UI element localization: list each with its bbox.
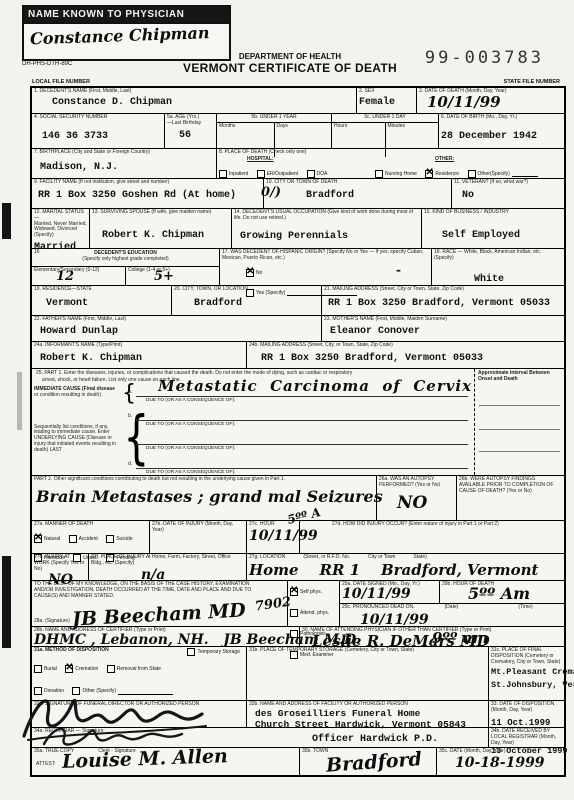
field-value-handwritten: 10/11/99 (249, 528, 297, 544)
field-label: 26b. WERE AUTOPSY FINDINGS AVAILABLE PRI… (459, 477, 562, 494)
field-value: Vermont (46, 298, 169, 309)
field-facility-name-address: 32b. NAME AND ADDRESS OF FACILITY OR AUT… (247, 701, 489, 727)
cause-lines: a. Metastatic Carcinoma of Cervix DUE TO… (136, 383, 468, 479)
checkbox-box (246, 269, 254, 277)
immediate-cause-label-2: or condition resulting in death) (34, 393, 122, 399)
field-label: 31a. METHOD OF DISPOSITION (34, 648, 109, 656)
checkbox-self-phys: Self phys. (290, 588, 322, 596)
checkbox-box (307, 170, 315, 178)
interval-line-c (479, 451, 560, 452)
field-label: 27a. MANNER OF DEATH (34, 522, 147, 528)
form-title-block: DEPARTMENT OF HEALTH VERMONT CERTIFICATE… (150, 52, 430, 75)
checkbox-box (425, 170, 433, 178)
field-label: 27e. INJURY AT WORK (Specify Yes or No) (34, 555, 86, 572)
due-to-label-d: DUE TO (OR AS A CONSEQUENCE OF): (146, 470, 468, 475)
field-date-of-injury: 27b. DATE OF INJURY (Month, Day, Year) (150, 521, 247, 553)
field-label: 6. DATE OF BIRTH (Mo., Day, Yr.) (441, 115, 562, 121)
signature-label: 28a. (Signature) (34, 619, 70, 625)
checkbox-box (34, 535, 42, 543)
field-label: 27d. HOW DID INJURY OCCUR? (Enter nature… (332, 522, 562, 528)
registrar-typed-name: Officer Hardwick P.D. (312, 734, 438, 745)
checkbox-label: No (256, 270, 262, 276)
field-value-handwritten: 10/11/99 (427, 93, 562, 111)
field-value: Self Employed (442, 230, 562, 241)
row-1: 1. DECEDENT'S NAME (First, Middle, Last)… (32, 88, 564, 114)
checkbox-box (72, 687, 80, 695)
field-value-handwritten: 5ºº Am (468, 584, 562, 603)
field-value-handwritten: DHMC , Lebanon, NH. JB Beecham M.D. (34, 632, 297, 648)
field-value-handwritten: 10/11/99 (342, 586, 437, 602)
checkbox-attend-phys: Attend. phys. (290, 609, 329, 617)
checkbox-label: Nursing Home (385, 171, 417, 177)
pronounced-date-value: 10/11/99 (360, 612, 429, 628)
field-label: 13. SURVIVING SPOUSE (If wife, give maid… (92, 210, 229, 216)
field-hour-of-injury: 27c. HOUR 10/11/99 5ºº A (247, 521, 300, 553)
field-value: White (474, 274, 562, 285)
field-under-1-day: 5c. UNDER 1 DAY Hours Minutes (332, 114, 439, 148)
city-sublabel: City or Town (368, 555, 395, 561)
line-label-a: a. (128, 390, 132, 396)
field-label: 9. FACILITY NAME (If not institution, gi… (34, 180, 261, 186)
field-value: Howard Dunlap (40, 326, 319, 337)
field-how-injury-occurred: 27d. HOW DID INJURY OCCUR? (Enter nature… (300, 521, 564, 553)
field-temporary-storage-place: 31b. PLACE OF TEMPORARY STORAGE (Cemeter… (247, 647, 489, 700)
line-label-b: b. (128, 414, 132, 420)
row-2: 4. SOCIAL SECURITY NUMBER 146 36 3733 5a… (32, 114, 564, 149)
field-attending-physician: 30. NAME OF ATTENDING PHYSICIAN IF OTHER… (300, 627, 564, 647)
checkbox-box (257, 170, 265, 178)
interval-line-b (479, 429, 560, 430)
checkbox-removal-from-state: Removal from State (107, 665, 161, 673)
field-value: RR 1 Box 3250 Bradford, Vermont 05033 (328, 298, 562, 309)
field-value-line2: St.Johnsbury, Vermont (491, 680, 562, 690)
field-label: 15. KIND OF BUSINESS / INDUSTRY (424, 210, 562, 216)
field-label: 18. RACE — White, Black, American Indian… (434, 250, 562, 262)
checkbox-label: Cremation (75, 666, 98, 672)
date-sublabel: (Date) (445, 605, 459, 611)
field-decedent-name: 1. DECEDENT'S NAME (First, Middle, Last)… (32, 88, 357, 113)
field-autopsy-findings: 26b. WERE AUTOPSY FINDINGS AVAILABLE PRI… (457, 476, 564, 520)
checkbox-box (219, 170, 227, 178)
field-date-signed: 29a. DATE SIGNED (Mo., Day, Yr.) 10/11/9… (340, 581, 440, 604)
interval-column: Approximate Interval Between Onset and D… (474, 369, 564, 475)
checkbox-temporary-storage: Temporary Storage (187, 648, 240, 656)
field-funeral-director-signature: 32a. SIGNATURE OF FUNERAL DIRECTOR OR AU… (32, 701, 247, 727)
field-pronounced-dead: 29c. PRONOUNCED DEAD ON. (Date) (Time) 1… (340, 604, 564, 627)
stamp-handwritten-name: Constance Chipman (24, 20, 230, 50)
interval-line-a (479, 405, 560, 406)
field-label: 8. PLACE OF DEATH (Check only one) (219, 150, 562, 156)
field-father-name: 22. FATHER'S NAME (First, Middle, Last) … (32, 316, 322, 341)
blank-line (118, 688, 173, 695)
attest-label: ATTEST: (36, 762, 56, 768)
field-value: RR 1 Box 3250 Bradford, Vermont 05033 (261, 353, 562, 364)
field-age: 5a. AGE (Yrs.) —Last Birthday 56 (165, 114, 217, 148)
checkbox-hispanic-no: No (246, 269, 262, 277)
field-sublabel: —Last Birthday (167, 121, 214, 127)
field-value: 11 Oct.1999 (491, 718, 562, 728)
field-label: 21. MAILING ADDRESS (Street, City or Tow… (324, 287, 562, 293)
handwritten-dash: - (396, 263, 401, 277)
field-value: Female (359, 97, 414, 108)
checkbox-label: ER/Outpatient (267, 171, 298, 177)
field-final-disposition-place: 31c. PLACE OF FINAL DISPOSITION (Cemeter… (489, 647, 564, 700)
field-ssn: 4. SOCIAL SECURITY NUMBER 146 36 3733 (32, 114, 165, 148)
row-6: 16 DECEDENT'S EDUCATION (Specify only hi… (32, 249, 564, 286)
field-facility-name: 9. FACILITY NAME (If not institution, gi… (32, 179, 264, 208)
field-town: 35b. TOWN Bradford (300, 748, 437, 775)
checkbox-box (468, 170, 476, 178)
checkbox-label: Natural (44, 536, 60, 542)
field-label: 5b. UNDER 1 YEAR (217, 114, 331, 123)
field-value: Bradford (194, 298, 319, 309)
field-date-of-disposition: 33. DATE OF DISPOSITION (Month, Day, Yea… (489, 701, 564, 727)
state-file-number-label: STATE FILE NUMBER (504, 79, 560, 85)
row-5: 12. MARITAL STATUS — Married, Never Marr… (32, 209, 564, 249)
field-residence-state: 19. RESIDENCE—STATE Vermont (32, 286, 172, 315)
checkbox-box (375, 170, 383, 178)
field-label: PART 2. Other significant conditions con… (34, 477, 374, 483)
margin-tab-lower (2, 556, 11, 648)
field-label: 2. SEX (359, 89, 414, 95)
time-sublabel: (Time) (518, 605, 532, 611)
field-label: 34b. DATE RECEIVED BY LOCAL REGISTRAR (M… (491, 729, 562, 746)
field-birthplace: 7. BIRTHPLACE (City and State or Foreign… (32, 149, 217, 178)
form-code: DH-PHS-DTH-89C (22, 61, 72, 67)
row-true-copy: 35a. TRUE COPY Clerk - Signature ATTEST:… (32, 748, 564, 775)
field-veteran: 11. VETERAN? (If so, what war?) No (452, 179, 564, 208)
checkbox-label: Burial (44, 666, 57, 672)
field-mailing-address: 21. MAILING ADDRESS (Street, City or Tow… (322, 286, 564, 315)
certification-statement: TO THE BEST OF MY KNOWLEDGE, ON THE BASI… (34, 582, 264, 599)
cause-line-d: d. (136, 455, 468, 469)
field-label: 33. DATE OF DISPOSITION (Month, Day, Yea… (491, 702, 562, 714)
field-value-handwritten: Home RR 1 Bradford, Vermont (249, 561, 562, 579)
field-informant-name: 24a. INFORMANT'S NAME (Type/Print) Rober… (32, 342, 247, 368)
field-label: 23. MOTHER'S NAME (First, Middle, Maiden… (324, 317, 562, 323)
checkbox-box (34, 665, 42, 673)
field-under-1-year: 5b. UNDER 1 YEAR Months Days (217, 114, 332, 148)
field-kind-of-business: 15. KIND OF BUSINESS / INDUSTRY Self Emp… (422, 209, 564, 248)
field-race: 18. RACE — White, Black, American Indian… (432, 249, 564, 285)
field-autopsy-performed: 26a. WAS AN AUTOPSY PERFORMED? (Yes or N… (377, 476, 457, 520)
checkbox-box (106, 535, 114, 543)
checkbox-label: Residence (435, 171, 459, 177)
field-value: Constance D. Chipman (52, 97, 354, 108)
immediate-cause-value: Metastatic Carcinoma of Cervix (158, 377, 472, 395)
department-name: DEPARTMENT OF HEALTH (150, 52, 430, 61)
state-certificate-number: 99-003783 (425, 48, 544, 68)
line-label-c: c. (128, 438, 132, 444)
row-7: 19. RESIDENCE—STATE Vermont 20. CITY, TO… (32, 286, 564, 316)
row-manner-of-death: 27a. MANNER OF DEATH Natural Accident Su… (32, 521, 564, 554)
field-attest-date: 35c. DATE (Month, Day, Year) 10-18-1999 (437, 748, 564, 775)
field-label: 20. CITY, TOWN, OR LOCATION (174, 287, 319, 293)
checkbox-suicide: Suicide (106, 535, 132, 543)
checkbox-box (69, 535, 77, 543)
checkbox-other-disposition: Other (Specify) (72, 687, 173, 695)
checkbox-label: Other(Specify) (478, 171, 510, 177)
field-certifier-statement: TO THE BEST OF MY KNOWLEDGE, ON THE BASI… (32, 581, 288, 627)
row-9: 24a. INFORMANT'S NAME (Type/Print) Rober… (32, 342, 564, 369)
field-place-of-injury: 27f. PLACE OF INJURY At Home, Farm, Fact… (89, 554, 247, 580)
field-value: Robert K. Chipman (40, 353, 244, 364)
margin-microtext (17, 372, 22, 430)
field-label: 27g. LOCATION (249, 555, 285, 561)
field-number: 16 (34, 250, 40, 256)
field-registrar-signature: 34a. REGISTRAR — Signature Officer Hardw… (32, 728, 489, 747)
field-part2-conditions: PART 2. Other significant conditions con… (32, 476, 377, 520)
field-value-line1: Mt.Pleasant Crematory (491, 667, 562, 677)
field-marital-status: 12. MARITAL STATUS — Married, Never Marr… (32, 209, 90, 248)
field-injury-location: 27g. LOCATION (Street, or R.F.D. No. Cit… (247, 554, 564, 580)
checkbox-label: Other (Specify) (82, 688, 116, 694)
field-label: 31c. PLACE OF FINAL DISPOSITION (Cemeter… (491, 648, 562, 665)
field-label-3: Widowed, Divorced (Specify) (34, 227, 87, 239)
checkbox-cremation: Cremation (65, 665, 98, 673)
checkbox-other-specify: Other(Specify) (468, 170, 538, 178)
field-label: 32a. SIGNATURE OF FUNERAL DIRECTOR OR AU… (34, 702, 244, 708)
field-label: 24b. MAILING ADDRESS (Street, City, or T… (249, 343, 562, 349)
field-label: 24a. INFORMANT'S NAME (Type/Print) (34, 343, 244, 349)
line-label-d: d. (128, 462, 132, 468)
blank-line (512, 170, 538, 177)
field-value-handwritten: Brain Metastases ; grand mal Seizures (36, 487, 374, 506)
checkbox-label: Temporary Storage (197, 649, 240, 655)
field-residence-city: 20. CITY, TOWN, OR LOCATION Bradford (172, 286, 322, 315)
checkbox-box (65, 665, 73, 673)
checkbox-label: Removal from State (117, 666, 161, 672)
field-value-handwritten: NO (397, 493, 454, 513)
field-injury-at-work: 27e. INJURY AT WORK (Specify Yes or No) … (32, 554, 89, 580)
checkbox-box (107, 665, 115, 673)
checkbox-nursing-home: Nursing Home (375, 170, 417, 178)
hospital-sublabel: HOSPITAL: (247, 157, 369, 163)
part1-instructions: 25. PART 1. Enter the diseases, injuries… (36, 371, 466, 377)
cause-line-c: c. (136, 431, 468, 445)
field-usual-occupation: 14. DECEDENT'S USUAL OCCUPATION (Give ki… (232, 209, 422, 248)
checkbox-box (290, 609, 298, 617)
field-manner-of-death: 27a. MANNER OF DEATH Natural Accident Su… (32, 521, 150, 553)
checkbox-label: Suicide (116, 536, 132, 542)
field-true-copy: 35a. TRUE COPY Clerk - Signature ATTEST:… (32, 748, 300, 775)
field-hispanic-origin: 17. WAS DECEDENT OF HISPANIC ORIGIN? (Sp… (220, 249, 432, 285)
field-value: Eleanor Conover (330, 326, 562, 337)
checkbox-residence: Residence (425, 170, 459, 178)
field-mother-name: 23. MOTHER'S NAME (First, Middle, Maiden… (322, 316, 564, 341)
field-label: 22. FATHER'S NAME (First, Middle, Last) (34, 317, 319, 323)
field-value: Madison, N.J. (40, 162, 214, 173)
checkbox-label: DOA (317, 171, 328, 177)
field-value: No (462, 190, 562, 201)
field-value-handwritten: 10-18-1999 (455, 755, 562, 771)
due-to-label-b: DUE TO (OR AS A CONSEQUENCE OF): (146, 422, 468, 427)
clerk-signature: Louise M. Allen (62, 745, 228, 773)
certifier-signature: JB Beecham MD (72, 599, 247, 630)
elementary-value: 12 (56, 269, 74, 284)
street-sublabel: (Street, or R.F.D. No. (303, 555, 350, 561)
checkbox-natural: Natural (34, 535, 60, 543)
certificate-form: 1. DECEDENT'S NAME (First, Middle, Last)… (30, 86, 566, 777)
checkbox-accident: Accident (69, 535, 98, 543)
field-informant-address: 24b. MAILING ADDRESS (Street, City, or T… (247, 342, 564, 368)
field-label: 27f. PLACE OF INJURY At Home, Farm, Fact… (91, 555, 244, 567)
row-registrar: 34a. REGISTRAR — Signature Officer Hardw… (32, 728, 564, 748)
field-label: 11. VETERAN? (If so, what war?) (454, 180, 562, 186)
field-sex: 2. SEX Female (357, 88, 417, 113)
other-sublabel: OTHER: (435, 157, 562, 163)
field-label: 7. BIRTHPLACE (City and State or Foreign… (34, 150, 214, 156)
margin-tab-upper (2, 203, 11, 239)
field-value-line1: des Groseilliers Funeral Home (255, 708, 486, 719)
checkbox-label: Attend. phys. (300, 610, 329, 616)
field-label: 12. MARITAL STATUS — (34, 210, 87, 222)
field-label: 27b. DATE OF INJURY (Month, Day, Year) (152, 522, 244, 534)
cause-instructions-column: IMMEDIATE CAUSE (Final disease or condit… (34, 387, 122, 453)
checkbox-box (290, 588, 298, 596)
death-certificate-scan: NAME KNOWN TO PHYSICIAN Constance Chipma… (0, 0, 574, 800)
row-8: 22. FATHER'S NAME (First, Middle, Last) … (32, 316, 564, 342)
checkbox-doa: DOA (307, 170, 328, 178)
interval-label: Approximate Interval Between Onset and D… (478, 371, 561, 383)
field-value: 56 (179, 130, 214, 141)
field-label: 4. SOCIAL SECURITY NUMBER (34, 115, 162, 121)
local-file-number-label: LOCAL FILE NUMBER (32, 79, 90, 85)
row-part1: 25. PART 1. Enter the diseases, injuries… (32, 369, 564, 476)
field-value: Bradford (306, 190, 449, 201)
education-subtitle: (Specify only highest grade completed) (32, 257, 219, 263)
field-hour-of-death: 29b. HOUR OF DEATH 5ºº Am (440, 581, 564, 604)
checkbox-label: Inpatient (229, 171, 248, 177)
due-to-label-a: DUE TO (OR AS A CONSEQUENCE OF): (146, 398, 468, 403)
college-value: 5+ (154, 269, 174, 284)
checkbox-label: Self phys. (300, 589, 322, 595)
row-disposition: 31a. METHOD OF DISPOSITION Temporary Sto… (32, 647, 564, 701)
field-method-of-disposition: 31a. METHOD OF DISPOSITION Temporary Sto… (32, 647, 247, 700)
checkbox-burial: Burial (34, 665, 57, 673)
field-label: 14. DECEDENT'S USUAL OCCUPATION (Give ki… (234, 210, 419, 222)
due-to-label-c: DUE TO (OR AS A CONSEQUENCE OF): (146, 446, 468, 451)
row-funeral-director: 32a. SIGNATURE OF FUNERAL DIRECTOR OR AU… (32, 701, 564, 728)
elementary-label: Elementary/Secondary (0-12) (34, 268, 123, 274)
field-label: 17. WAS DECEDENT OF HISPANIC ORIGIN? (Sp… (222, 250, 429, 262)
field-label: 26a. WAS AN AUTOPSY PERFORMED? (Yes or N… (379, 477, 454, 489)
field-value: Growing Perennials (240, 231, 419, 242)
checkbox-inpatient: Inpatient (219, 170, 248, 178)
field-surviving-spouse: 13. SURVIVING SPOUSE (If wife, give maid… (90, 209, 232, 248)
field-place-of-death: 8. PLACE OF DEATH (Check only one) HOSPI… (217, 149, 564, 178)
row-injury-location: 27e. INJURY AT WORK (Specify Yes or No) … (32, 554, 564, 581)
checkbox-label: Accident (79, 536, 98, 542)
field-value: RR 1 Box 3250 Goshen Rd (At home) (38, 190, 261, 201)
field-label: 5c. UNDER 1 DAY (332, 114, 438, 123)
field-city-of-death: 10. CITY OR TOWN OF DEATH Bradford (264, 179, 452, 208)
checkbox-er-outpatient: ER/Outpatient (257, 170, 298, 178)
state-sublabel: State) (413, 555, 426, 561)
row-certification: TO THE BEST OF MY KNOWLEDGE, ON THE BASI… (32, 581, 564, 647)
field-date-received: 34b. DATE RECEIVED BY LOCAL REGISTRAR (M… (489, 728, 564, 747)
checkbox-box (34, 687, 42, 695)
field-date-of-death: 3. DATE OF DEATH (Month, Day, Year) 10/1… (417, 88, 564, 113)
field-certifier-name-address: 28b. NAME AND ADDRESS OF CERTIFIER (Type… (32, 627, 300, 647)
field-label: 19. RESIDENCE—STATE (34, 287, 169, 293)
cause-line-a: a. Metastatic Carcinoma of Cervix (136, 383, 468, 397)
row-3: 7. BIRTHPLACE (City and State or Foreign… (32, 149, 564, 179)
field-label: 1. DECEDENT'S NAME (First, Middle, Last) (34, 89, 354, 95)
certificate-title: VERMONT CERTIFICATE OF DEATH (150, 61, 430, 75)
field-value: 28 December 1942 (441, 131, 562, 142)
field-value: Robert K. Chipman (102, 230, 229, 241)
checkbox-donation: Donation (34, 687, 64, 695)
field-value: 146 36 3733 (42, 131, 162, 142)
sequential-note: Sequentially list conditions, if any, le… (34, 425, 122, 454)
field-label: 31b. PLACE OF TEMPORARY STORAGE (Cemeter… (249, 648, 486, 654)
field-education: 16 DECEDENT'S EDUCATION (Specify only hi… (32, 249, 220, 285)
checkbox-label: Donation (44, 688, 64, 694)
cause-line-b: b. (136, 407, 468, 421)
certifier-type-checkboxes: Self phys. Attend. phys. Pathologist Med… (288, 581, 340, 627)
checkbox-box (187, 648, 195, 656)
field-label: 10. CITY OR TOWN OF DEATH (266, 180, 449, 186)
field-date-of-birth: 6. DATE OF BIRTH (Mo., Day, Yr.) 28 Dece… (439, 114, 564, 148)
field-label: 29c. PRONOUNCED DEAD ON. (342, 605, 415, 611)
row-4: 9. FACILITY NAME (If not institution, gi… (32, 179, 564, 209)
